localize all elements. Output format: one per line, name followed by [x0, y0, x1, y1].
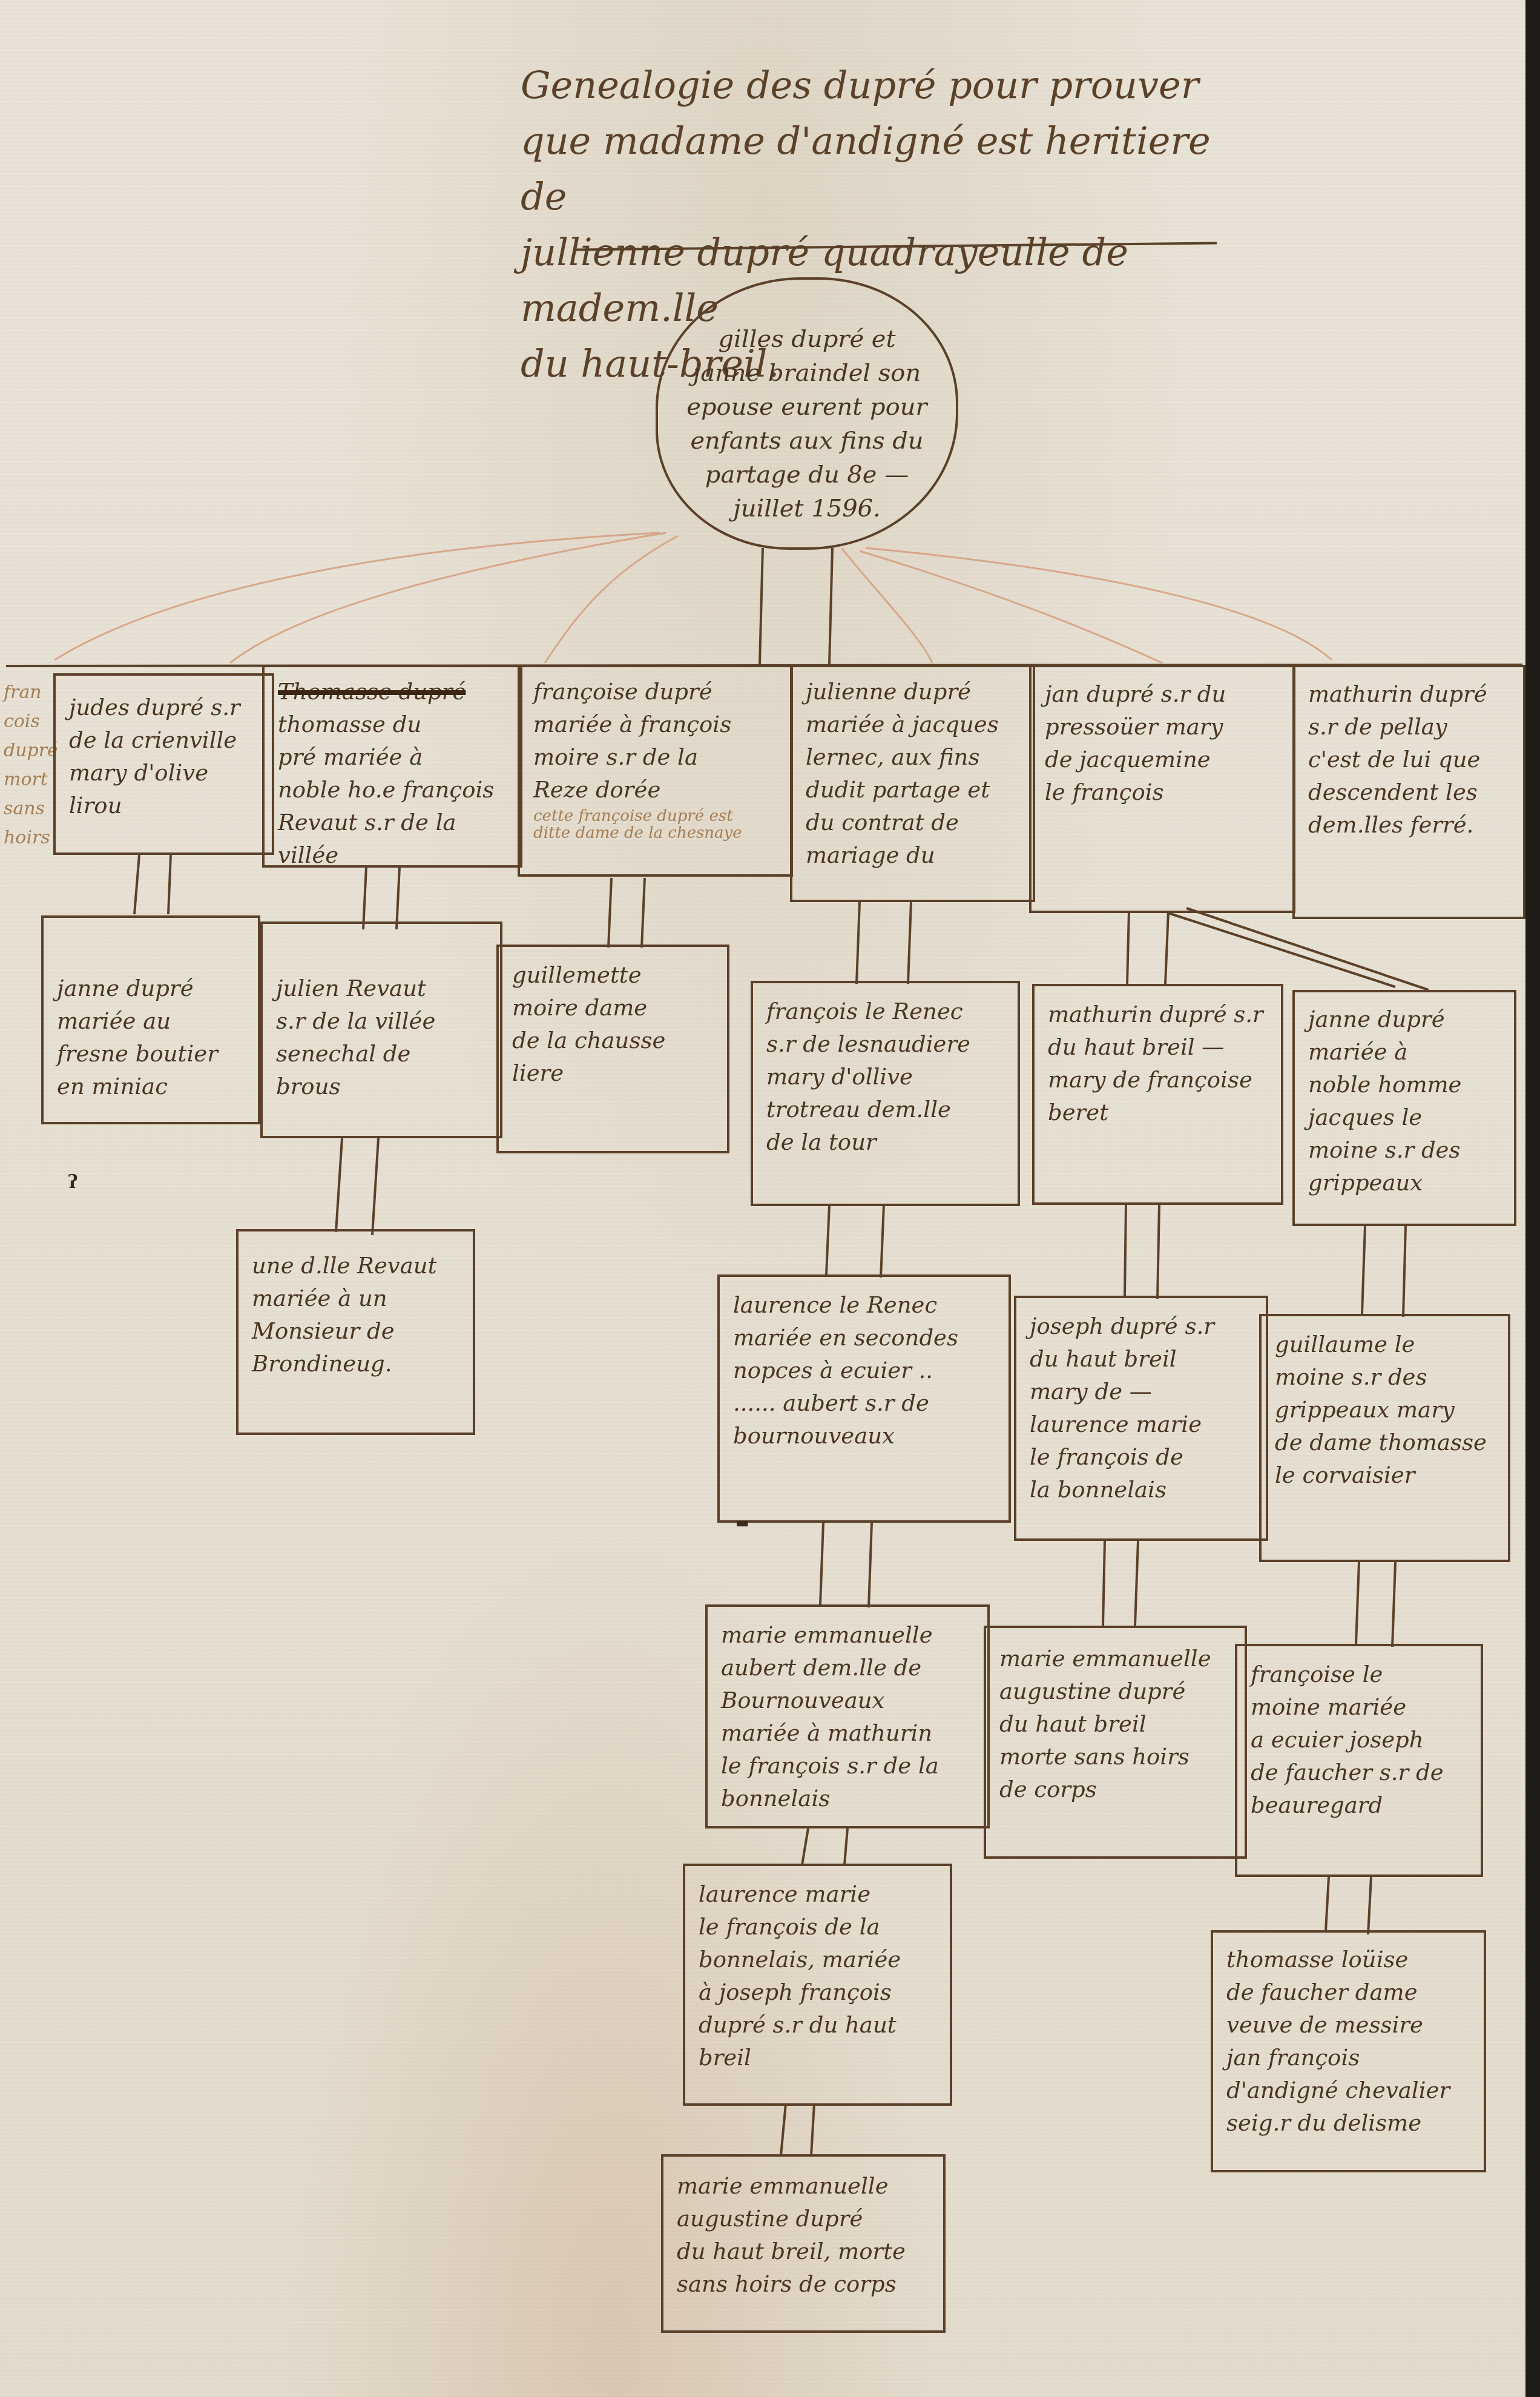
person-line: moine s.r des	[1275, 1361, 1495, 1394]
person-line: une d.lle Revaut	[252, 1250, 459, 1282]
person-box-joseph-dupre: joseph dupré s.r du haut breil mary de —…	[1014, 1296, 1268, 1541]
person-line: bournouveaux	[733, 1420, 995, 1452]
person-box-guillaume-le-moine: guillaume le moine s.r des grippeaux mar…	[1259, 1314, 1510, 1562]
person-line: pressoüer mary	[1045, 711, 1280, 743]
person-box-julienne: julienne dupré mariée à jacques lernec, …	[790, 665, 1035, 902]
person-line: a ecuier joseph	[1251, 1724, 1467, 1756]
person-box-mathurin-pellay: mathurin dupré s.r de pellay c'est de lu…	[1292, 665, 1525, 919]
person-line: le françois de	[1030, 1441, 1252, 1474]
root-line: epouse eurent pour	[682, 390, 932, 424]
person-line: mathurin dupré	[1308, 678, 1510, 711]
person-line: julien Revaut	[276, 972, 487, 1005]
person-line: moine mariée	[1251, 1691, 1467, 1724]
person-line: seig.r du delisme	[1226, 2107, 1470, 2140]
person-line: guillemette	[512, 959, 714, 992]
person-box-laurence-marie: laurence marie le françois de la bonnela…	[683, 1864, 952, 2106]
person-line: thomasse loüise	[1226, 1944, 1470, 1976]
person-line: Monsieur de	[252, 1315, 459, 1348]
person-line: noble ho.e françois	[278, 774, 507, 806]
note-line: cette françoise dupré est	[533, 808, 777, 825]
title-line: Genealogie des dupré pour prouver	[521, 58, 1247, 113]
person-line: laurence le Renec	[733, 1289, 995, 1322]
person-line: c'est de lui que	[1308, 743, 1510, 776]
person-line: beauregard	[1251, 1789, 1467, 1822]
person-line: morte sans hoirs	[999, 1741, 1231, 1773]
person-line: judes dupré s.r	[69, 691, 258, 724]
person-line: de jacquemine	[1045, 743, 1280, 776]
margin-note-francois: fran cois dupré mort sans hoirs	[4, 678, 52, 852]
person-line: le corvaisier	[1275, 1459, 1495, 1492]
person-line: janne dupré	[1308, 1003, 1501, 1036]
person-line: d'andigné chevalier	[1226, 2074, 1470, 2107]
person-line: mary de —	[1030, 1376, 1252, 1408]
person-line: sans hoirs de corps	[677, 2268, 930, 2301]
person-box-julien-revaut: julien Revaut s.r de la villée senechal …	[260, 922, 502, 1138]
person-line: breil	[699, 2042, 936, 2074]
person-box-francois-le-renec: françois le Renec s.r de lesnaudiere mar…	[751, 981, 1020, 1206]
person-line: Bournouveaux	[721, 1684, 974, 1717]
person-line: dem.lles ferré.	[1308, 809, 1510, 842]
person-line: mathurin dupré s.r	[1048, 998, 1268, 1031]
root-line: enfants aux fins du	[682, 424, 932, 458]
margin-note-line: mort	[4, 765, 52, 794]
person-line: descendent les	[1308, 776, 1510, 809]
person-line: Revaut s.r de la	[278, 806, 507, 839]
person-line: moire s.r de la	[533, 741, 777, 774]
person-line: du haut breil	[999, 1708, 1231, 1741]
person-line: du haut breil, morte	[677, 2235, 930, 2268]
person-line: en miniac	[57, 1070, 245, 1103]
person-line: du contrat de	[806, 806, 1019, 839]
person-line: le françois s.r de la	[721, 1750, 974, 1782]
person-line: mariée à jacques	[806, 708, 1019, 741]
person-line: de faucher dame	[1226, 1976, 1470, 2009]
person-line: pré mariée à	[278, 741, 507, 774]
person-line: senechal de	[276, 1038, 487, 1070]
person-line: trotreau dem.lle	[766, 1093, 1004, 1126]
root-ancestors-circle: gilles dupré et janne braindel son epous…	[656, 277, 958, 550]
person-line: nopces à ecuier ..	[733, 1354, 995, 1387]
person-line: la bonnelais	[1030, 1474, 1252, 1506]
person-line: augustine dupré	[999, 1675, 1231, 1708]
person-line: lirou	[69, 790, 258, 822]
person-line: noble homme	[1308, 1069, 1501, 1101]
margin-note-line: sans	[4, 794, 52, 823]
annotation-note: cette françoise dupré est ditte dame de …	[533, 808, 777, 842]
person-line: mariée en secondes	[733, 1322, 995, 1354]
person-line: mariage du	[806, 839, 1019, 872]
person-line: mariée à mathurin	[721, 1717, 974, 1750]
person-box-thomasse: Thomasse dupré thomasse du pré mariée à …	[262, 665, 522, 868]
person-line: ...... aubert s.r de	[733, 1387, 995, 1420]
person-line: jan dupré s.r du	[1045, 678, 1280, 711]
person-line: guillaume le	[1275, 1328, 1495, 1361]
person-line: janne dupré	[57, 972, 245, 1005]
person-line: veuve de messire	[1226, 2009, 1470, 2042]
person-line: françoise le	[1251, 1658, 1467, 1691]
person-box-mathurin-haut-breil: mathurin dupré s.r du haut breil — mary …	[1032, 984, 1283, 1205]
person-line: grippeaux	[1308, 1167, 1501, 1199]
person-line: mariée à	[1308, 1036, 1501, 1069]
person-line: de la crienville	[69, 724, 258, 757]
margin-note-line: cois	[4, 707, 52, 736]
person-box-francoise: françoise dupré mariée à françois moire …	[518, 665, 793, 877]
person-line: Reze dorée	[533, 774, 777, 806]
person-line: laurence marie	[699, 1878, 936, 1911]
person-line: joseph dupré s.r	[1030, 1310, 1252, 1343]
person-line: de corps	[999, 1773, 1231, 1806]
person-line: fresne boutier	[57, 1038, 245, 1070]
person-line: françoise dupré	[533, 676, 777, 708]
person-box-marie-emmanuelle-augustine: marie emmanuelle augustine dupré du haut…	[984, 1626, 1247, 1859]
person-line: Brondineug.	[252, 1348, 459, 1380]
person-line: jan françois	[1226, 2042, 1470, 2074]
person-line: françois le Renec	[766, 995, 1004, 1028]
person-box-janne-le-moine: janne dupré mariée à noble homme jacques…	[1292, 990, 1516, 1226]
person-line: s.r de la villée	[276, 1005, 487, 1038]
person-line: beret	[1048, 1096, 1268, 1129]
person-line: marie emmanuelle	[677, 2170, 930, 2203]
person-line: marie emmanuelle	[999, 1643, 1231, 1675]
person-line: dudit partage et	[806, 774, 1019, 806]
person-line: mary de françoise	[1048, 1064, 1268, 1096]
person-line: julienne dupré	[806, 676, 1019, 708]
title-line: que madame d'andigné est heritiere de	[521, 113, 1247, 225]
margin-note-line: hoirs	[4, 823, 52, 852]
ink-blot: ʔ	[68, 1172, 78, 1193]
person-line: aubert dem.lle de	[721, 1652, 974, 1684]
person-line: s.r de lesnaudiere	[766, 1028, 1004, 1061]
person-line: à joseph françois	[699, 1976, 936, 2009]
person-line: de dame thomasse	[1275, 1426, 1495, 1459]
person-box-une-dlle-revaut: une d.lle Revaut mariée à un Monsieur de…	[236, 1229, 475, 1435]
person-line: bonnelais	[721, 1782, 974, 1815]
person-box-laurence-le-renec: laurence le Renec mariée en secondes nop…	[717, 1274, 1011, 1523]
note-line: ditte dame de la chesnaye	[533, 825, 777, 842]
person-line: le françois	[1045, 776, 1280, 809]
person-line: thomasse du	[278, 708, 507, 741]
person-line: mary d'olive	[69, 757, 258, 790]
margin-note-line: fran	[4, 678, 52, 707]
person-box-thomasse-louise: thomasse loüise de faucher dame veuve de…	[1211, 1930, 1486, 2172]
person-line: liere	[512, 1057, 714, 1090]
root-line: gilles dupré et	[682, 322, 932, 356]
person-line: dupré s.r du haut	[699, 2009, 936, 2042]
person-line: laurence marie	[1030, 1408, 1252, 1441]
struck-out-name: Thomasse dupré	[278, 676, 507, 708]
person-line: mary d'ollive	[766, 1061, 1004, 1093]
person-line: brous	[276, 1070, 487, 1103]
person-line: marie emmanuelle	[721, 1619, 974, 1652]
person-line: lernec, aux fins	[806, 741, 1019, 774]
person-box-guillemette: guillemette moire dame de la chausse lie…	[496, 945, 729, 1153]
root-line: janne braindel son	[682, 356, 932, 390]
person-line: bonnelais, mariée	[699, 1944, 936, 1976]
person-line: le françois de la	[699, 1911, 936, 1944]
person-line: mariée au	[57, 1005, 245, 1038]
person-line: de faucher s.r de	[1251, 1756, 1467, 1789]
margin-note-line: dupré	[4, 736, 52, 765]
person-box-marie-emmanuelle-final: marie emmanuelle augustine dupré du haut…	[661, 2154, 946, 2333]
person-line: augustine dupré	[677, 2203, 930, 2235]
person-line: moire dame	[512, 992, 714, 1024]
person-line: s.r de pellay	[1308, 711, 1510, 743]
person-line: de la chausse	[512, 1024, 714, 1057]
person-line: de la tour	[766, 1126, 1004, 1159]
person-box-janne-fresne: janne dupré mariée au fresne boutier en …	[41, 915, 260, 1124]
person-line: mariée à françois	[533, 708, 777, 741]
person-line: jacques le	[1308, 1101, 1501, 1134]
person-line: grippeaux mary	[1275, 1394, 1495, 1426]
person-line: moine s.r des	[1308, 1134, 1501, 1167]
root-line: juillet 1596.	[682, 492, 932, 526]
person-line: mariée à un	[252, 1282, 459, 1315]
ink-blot: ▬	[735, 1514, 749, 1531]
person-line: du haut breil	[1030, 1343, 1252, 1376]
person-box-francoise-le-moine: françoise le moine mariée a ecuier josep…	[1235, 1644, 1483, 1877]
root-line: partage du 8e —	[682, 458, 932, 492]
person-box-judes: judes dupré s.r de la crienville mary d'…	[53, 673, 274, 855]
person-box-jan: jan dupré s.r du pressoüer mary de jacqu…	[1029, 665, 1295, 913]
person-box-marie-emmanuelle-aubert: marie emmanuelle aubert dem.lle de Bourn…	[705, 1604, 990, 1828]
person-line: du haut breil —	[1048, 1031, 1268, 1064]
person-line: villée	[278, 839, 507, 872]
